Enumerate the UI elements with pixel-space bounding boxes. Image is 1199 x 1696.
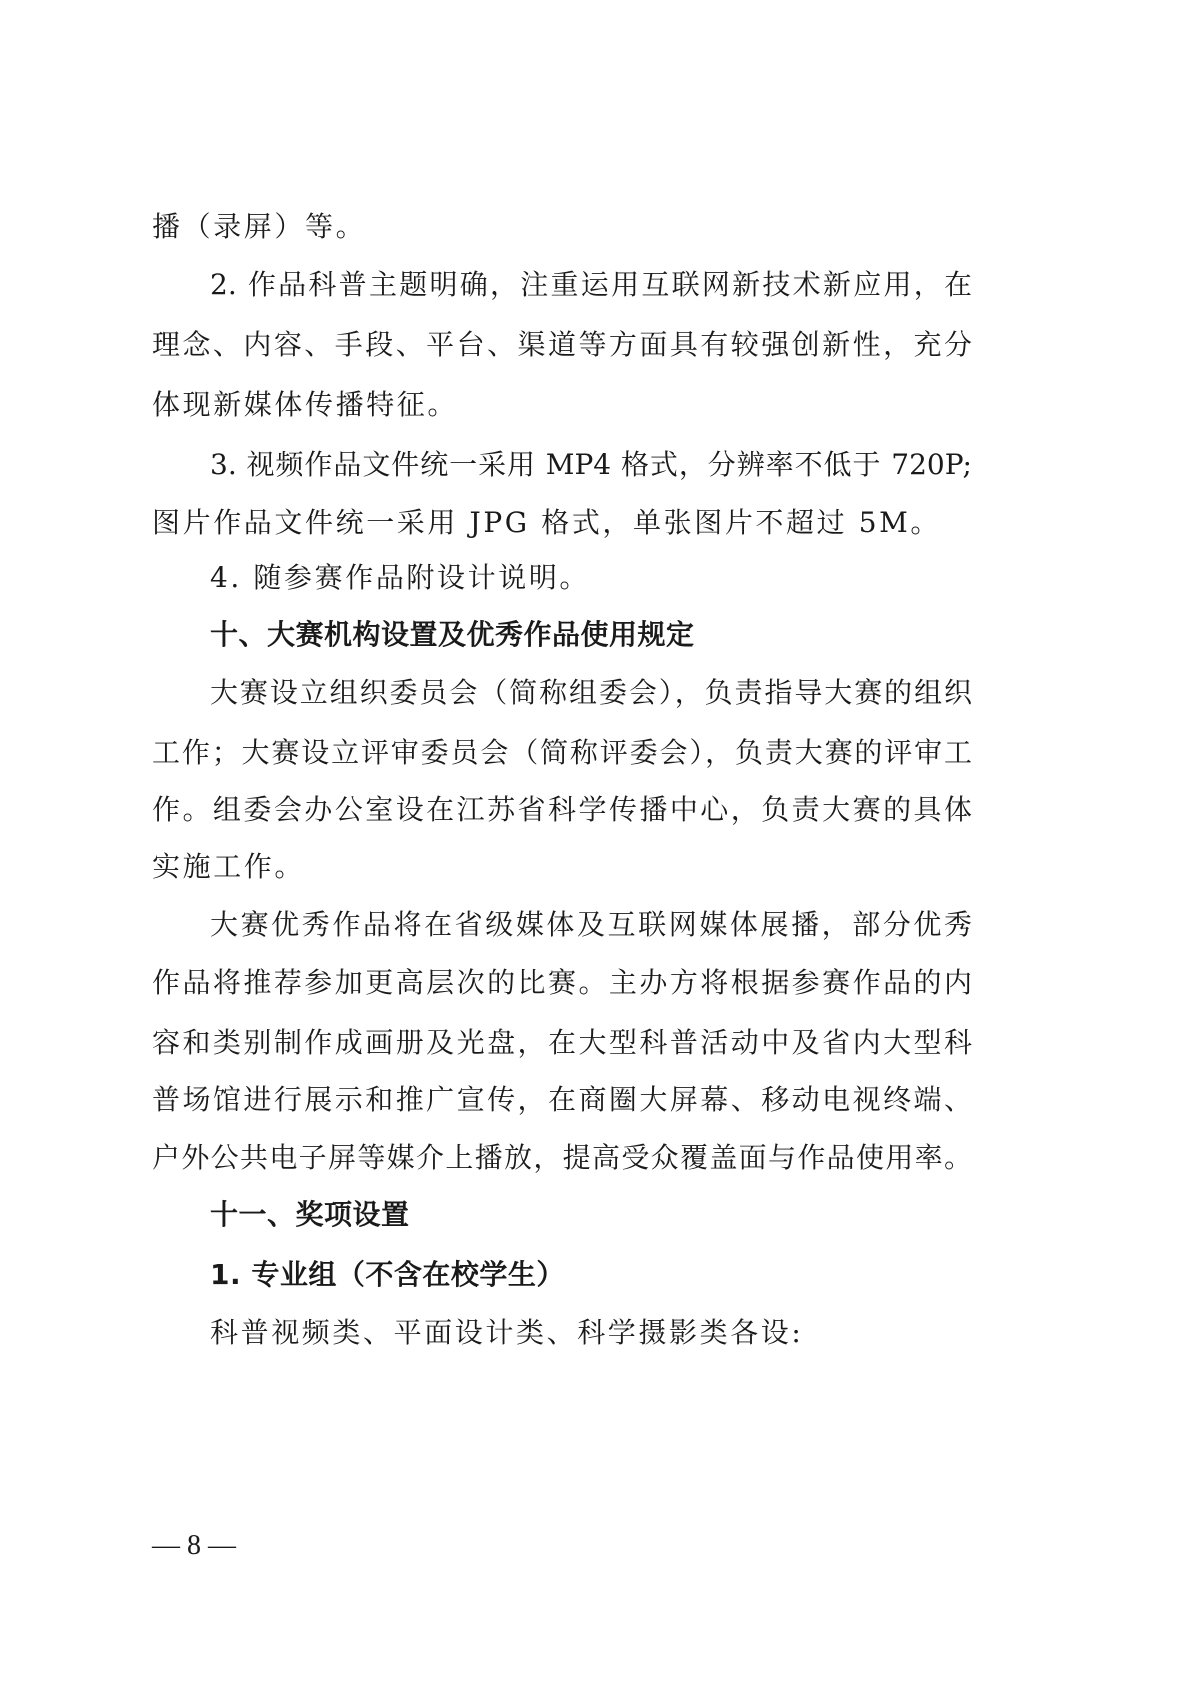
paragraph-line: 实施工作。 xyxy=(152,847,305,887)
page-number: — 8 — xyxy=(152,1530,236,1562)
paragraph-line: 工作；大赛设立评审委员会（简称评委会），负责大赛的评审工 xyxy=(152,733,972,773)
paragraph-line: 2. 作品科普主题明确，注重运用互联网新技术新应用，在 xyxy=(210,265,972,305)
section-heading: 1. 专业组（不含在校学生） xyxy=(210,1255,565,1295)
paragraph-line: 户外公共电子屏等媒介上播放，提高受众覆盖面与作品使用率。 xyxy=(152,1138,972,1178)
document-page: 播（录屏）等。2. 作品科普主题明确，注重运用互联网新技术新应用，在理念、内容、… xyxy=(0,0,1199,1696)
paragraph-line: 图片作品文件统一采用 JPG 格式，单张图片不超过 5M。 xyxy=(152,503,941,543)
paragraph-line: 3. 视频作品文件统一采用 MP4 格式，分辨率不低于 720P; xyxy=(210,445,972,485)
section-heading: 十一、奖项设置 xyxy=(210,1195,410,1235)
paragraph-line: 4. 随参赛作品附设计说明。 xyxy=(210,558,590,598)
paragraph-line: 作品将推荐参加更高层次的比赛。主办方将根据参赛作品的内 xyxy=(152,963,972,1003)
paragraph-line: 作。组委会办公室设在江苏省科学传播中心，负责大赛的具体 xyxy=(152,790,972,830)
paragraph-line: 容和类别制作成画册及光盘，在大型科普活动中及省内大型科 xyxy=(152,1023,972,1063)
paragraph-line: 大赛优秀作品将在省级媒体及互联网媒体展播，部分优秀 xyxy=(210,905,972,945)
paragraph-line: 体现新媒体传播特征。 xyxy=(152,385,458,425)
paragraph-line: 大赛设立组织委员会（简称组委会），负责指导大赛的组织 xyxy=(210,673,972,713)
section-heading: 十、大赛机构设置及优秀作品使用规定 xyxy=(210,615,695,655)
paragraph-line: 科普视频类、平面设计类、科学摄影类各设: xyxy=(210,1313,803,1353)
paragraph-line: 理念、内容、手段、平台、渠道等方面具有较强创新性，充分 xyxy=(152,325,972,365)
paragraph-line: 播（录屏）等。 xyxy=(152,207,366,247)
paragraph-line: 普场馆进行展示和推广宣传，在商圈大屏幕、移动电视终端、 xyxy=(152,1080,972,1120)
